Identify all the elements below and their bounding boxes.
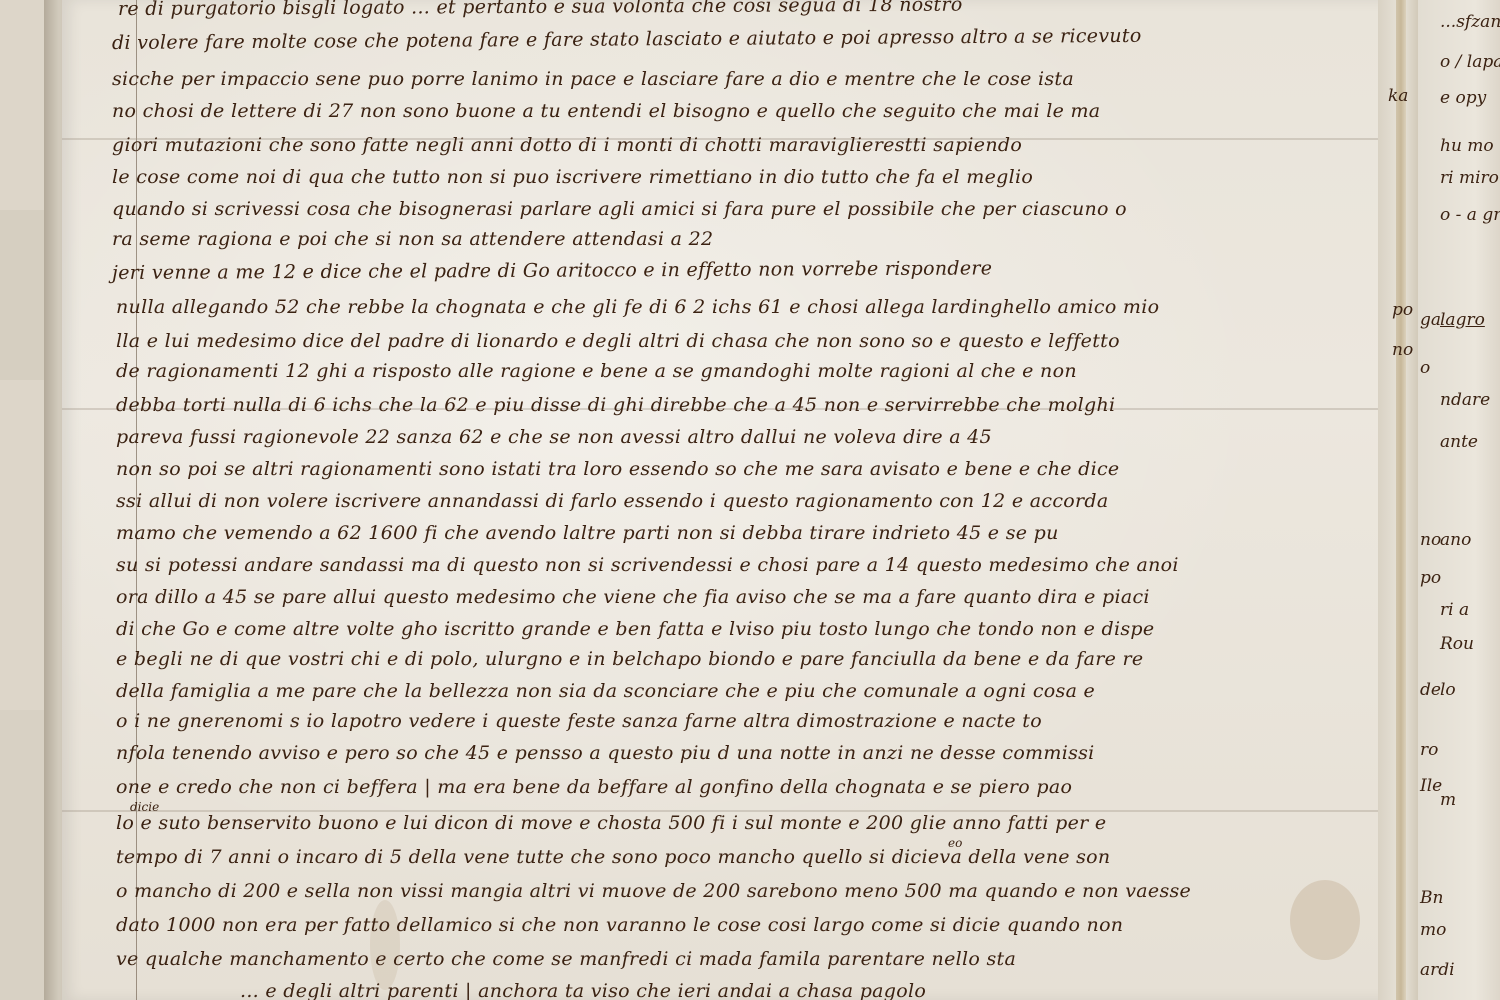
- margin-fragment: po: [1420, 568, 1441, 588]
- margin-fragment: ...sfzani: [1440, 12, 1500, 32]
- manuscript-line: de ragionamenti 12 ghi a risposto alle r…: [116, 360, 1077, 382]
- manuscript-line: lla e lui medesimo dice del padre di lio…: [116, 330, 1120, 352]
- margin-fragment: e opy: [1440, 88, 1486, 108]
- margin-fragment: de: [1420, 680, 1441, 700]
- margin-fragment: ante: [1440, 432, 1478, 452]
- margin-fragment: lo: [1440, 680, 1456, 700]
- manuscript-line: pareva fussi ragionevole 22 sanza 62 e c…: [116, 426, 992, 448]
- margin-fragment: hu mo: [1440, 136, 1494, 156]
- manuscript-line: o i ne gnerenomi s io lapotro vedere i q…: [116, 710, 1042, 732]
- margin-fragment: no: [1392, 340, 1413, 360]
- manuscript-line: ... e degli altri parenti | anchora ta v…: [240, 980, 926, 1000]
- manuscript-line: ssi allui di non volere iscrivere annand…: [116, 490, 1109, 512]
- manuscript-line: non so poi se altri ragionamenti sono is…: [116, 458, 1119, 480]
- manuscript-line: no chosi de lettere di 27 non sono buone…: [112, 100, 1100, 122]
- underlying-sheet: [0, 0, 44, 212]
- manuscript-line: della famiglia a me pare che la bellezza…: [116, 680, 1095, 702]
- margin-fragment: o - a gn: [1440, 205, 1500, 225]
- manuscript-line: le cose come noi di qua che tutto non si…: [112, 166, 1033, 188]
- margin-fragment: ano: [1440, 530, 1471, 550]
- margin-fragment: ardi: [1420, 960, 1455, 980]
- manuscript-line: di che Go e come altre volte gho iscritt…: [116, 618, 1154, 640]
- margin-fragment: no: [1420, 530, 1441, 550]
- margin-fragment: po: [1392, 300, 1413, 320]
- margin-fragment: ri miro: [1440, 168, 1499, 188]
- manuscript-line: debba torti nulla di 6 ichs che la 62 e …: [116, 394, 1115, 416]
- manuscript-line: ve qualche manchamento e certo che come …: [116, 948, 1016, 970]
- manuscript-line: quando si scrivessi cosa che bisognerasi…: [112, 198, 1127, 220]
- manuscript-line: ra seme ragiona e poi che si non sa atte…: [112, 228, 713, 250]
- margin-fragment: ka: [1388, 86, 1408, 106]
- margin-fragment: ri a: [1440, 600, 1469, 620]
- margin-fragment: ndare: [1440, 390, 1490, 410]
- margin-fragment: o / lapa: [1440, 52, 1500, 72]
- margin-fragment: m: [1440, 790, 1456, 810]
- margin-fragment: o: [1420, 358, 1430, 378]
- margin-fragment: ga: [1420, 310, 1441, 330]
- margin-fragment: mo: [1420, 920, 1446, 940]
- margin-fragment: Ile: [1420, 776, 1442, 796]
- manuscript-line: jeri venne a me 12 e dice che el padre d…: [112, 257, 992, 284]
- manuscript-line: ora dillo a 45 se pare allui questo mede…: [116, 586, 1150, 608]
- manuscript-line: e begli ne di que vostri chi e di polo, …: [116, 648, 1143, 670]
- folded-paper-crease: [1396, 0, 1406, 1000]
- interlinear-note: dicie: [130, 800, 159, 814]
- margin-fragment: ro: [1420, 740, 1438, 760]
- margin-fragment: lagro: [1440, 310, 1485, 330]
- manuscript-line: mamo che vemendo a 62 1600 fi che avendo…: [116, 522, 1059, 544]
- margin-fragment: Rou: [1440, 634, 1474, 654]
- manuscript-line: su si potessi andare sandassi ma di ques…: [116, 554, 1179, 576]
- manuscript-line: o mancho di 200 e sella non vissi mangia…: [116, 880, 1191, 902]
- manuscript-line: nulla allegando 52 che rebbe la chognata…: [116, 296, 1159, 318]
- underlying-sheet: [0, 210, 44, 382]
- manuscript-line: lo e suto benservito buono e lui dicon d…: [116, 812, 1106, 834]
- water-stain: [1290, 880, 1360, 960]
- manuscript-line: nfola tenendo avviso e pero so che 45 e …: [116, 742, 1095, 764]
- margin-fragment: Bn: [1420, 888, 1443, 908]
- interlinear-note: eo: [948, 836, 962, 850]
- manuscript-line: one e credo che non ci beffera | ma era …: [116, 776, 1072, 798]
- underlying-sheet: [0, 380, 44, 712]
- manuscript-line: sicche per impaccio sene puo porre lanim…: [112, 68, 1074, 90]
- underlying-sheet: [0, 710, 44, 1000]
- manuscript-line: giori mutazioni che sono fatte negli ann…: [112, 134, 1022, 156]
- manuscript-line: dato 1000 non era per fatto dellamico si…: [116, 914, 1123, 936]
